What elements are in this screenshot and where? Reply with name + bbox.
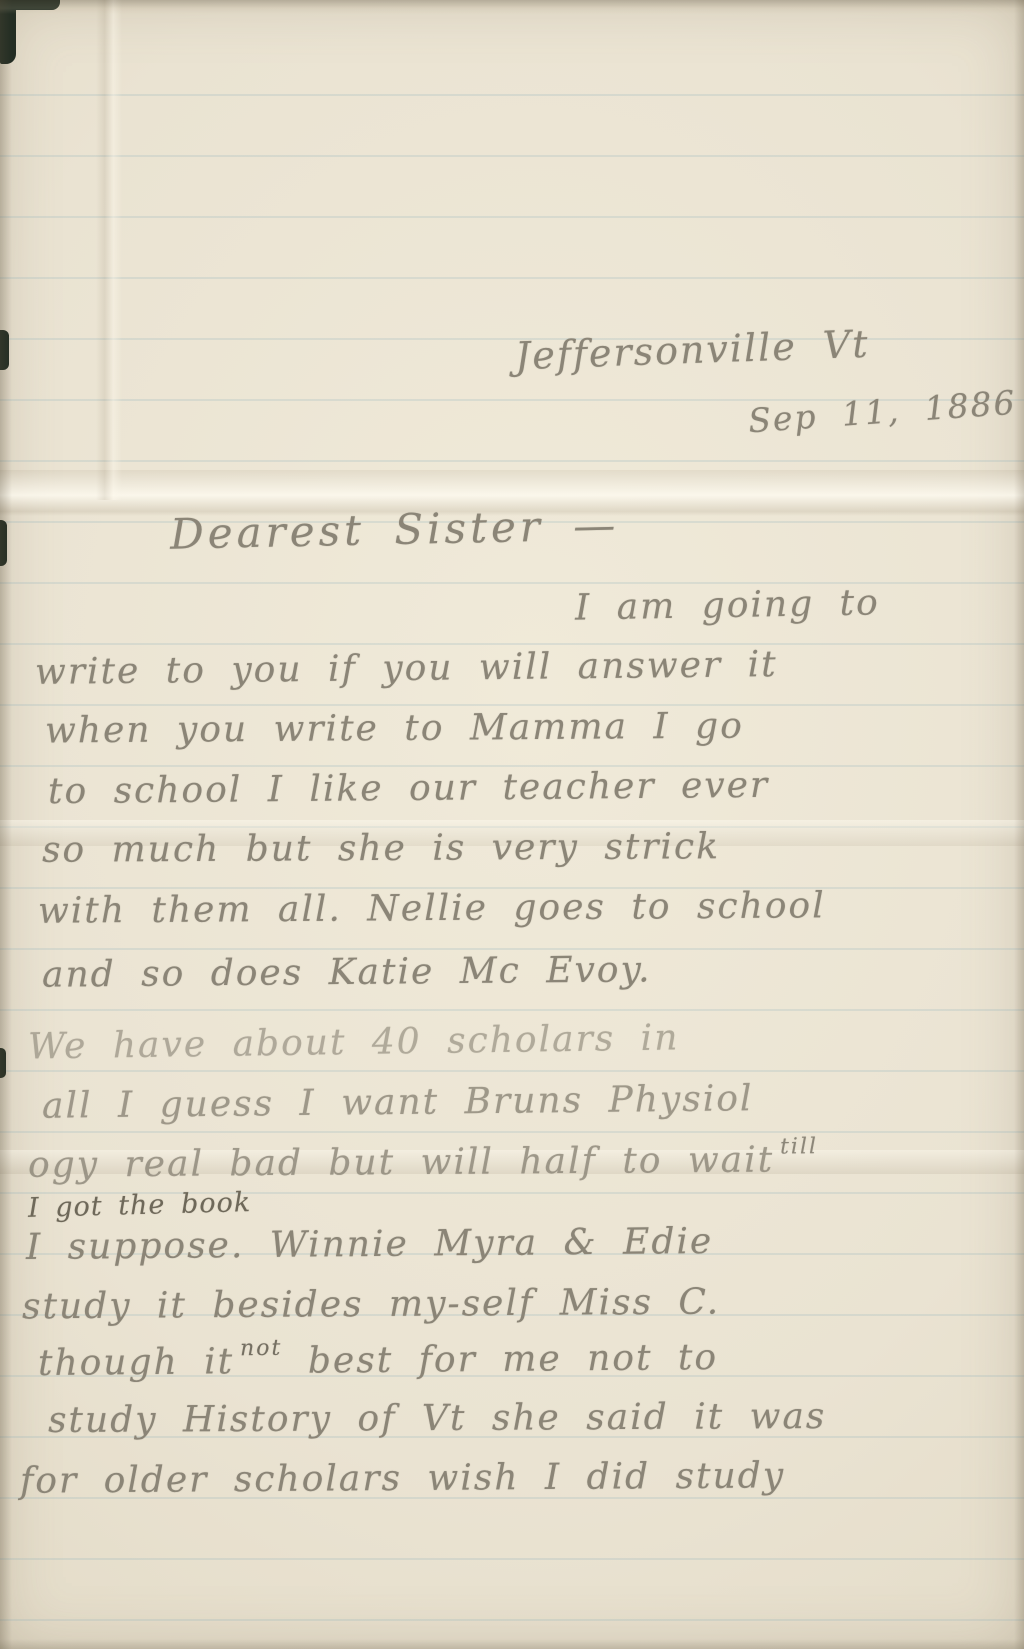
letter-line-text: best for me not to bbox=[308, 1337, 719, 1382]
letter-line: write to you if you will answer it bbox=[35, 644, 778, 693]
letter-line: ogy real bad but will half to waittill bbox=[28, 1139, 818, 1186]
letter-line: study it besides my-self Miss C. bbox=[22, 1282, 720, 1328]
letter-line: to school I like our teacher ever bbox=[48, 765, 770, 812]
inserted-word: till bbox=[780, 1134, 818, 1159]
letter-line-text: though it bbox=[38, 1341, 235, 1384]
letter-line: all I guess I want Bruns Physiol bbox=[42, 1078, 754, 1126]
letter-opening-line: I am going to bbox=[575, 582, 880, 628]
letter-line: and so does Katie Mc Evoy. bbox=[42, 949, 652, 995]
paper-edge bbox=[0, 0, 12, 1649]
scanner-backing bbox=[0, 330, 9, 370]
scanner-backing bbox=[0, 0, 60, 10]
vertical-crease bbox=[96, 0, 122, 500]
inserted-word: not bbox=[240, 1336, 282, 1361]
letter-line: when you write to Mamma I go bbox=[45, 706, 744, 752]
letter-scan: Jeffersonville Vt Sep 11, 1886 Dearest S… bbox=[0, 0, 1024, 1649]
letter-line: so much but she is very strick bbox=[42, 826, 720, 871]
letter-inserted-line: I got the book bbox=[28, 1187, 252, 1224]
letter-line: We have about 40 scholars in bbox=[28, 1017, 680, 1067]
letter-line: I suppose. Winnie Myra & Edie bbox=[26, 1221, 714, 1268]
scanner-backing bbox=[0, 0, 16, 64]
letter-line: for older scholars wish I did study bbox=[20, 1455, 785, 1501]
letter-date: Sep 11, 1886 bbox=[747, 383, 1018, 441]
scanner-backing bbox=[0, 1048, 6, 1078]
letter-line: study History of Vt she said it was bbox=[48, 1396, 827, 1441]
letter-line-text: ogy real bad but will half to wait bbox=[28, 1140, 774, 1186]
letter-line: though itnot best for me not to bbox=[38, 1337, 718, 1384]
letter-salutation: Dearest Sister — bbox=[170, 500, 620, 558]
letter-line: with them all. Nellie goes to school bbox=[38, 885, 826, 931]
paper-edge bbox=[0, 0, 1024, 14]
letter-place: Jeffersonville Vt bbox=[514, 322, 870, 378]
paper-edge bbox=[0, 1639, 1024, 1649]
paper-edge bbox=[1014, 0, 1024, 1649]
scanner-backing bbox=[0, 520, 7, 566]
